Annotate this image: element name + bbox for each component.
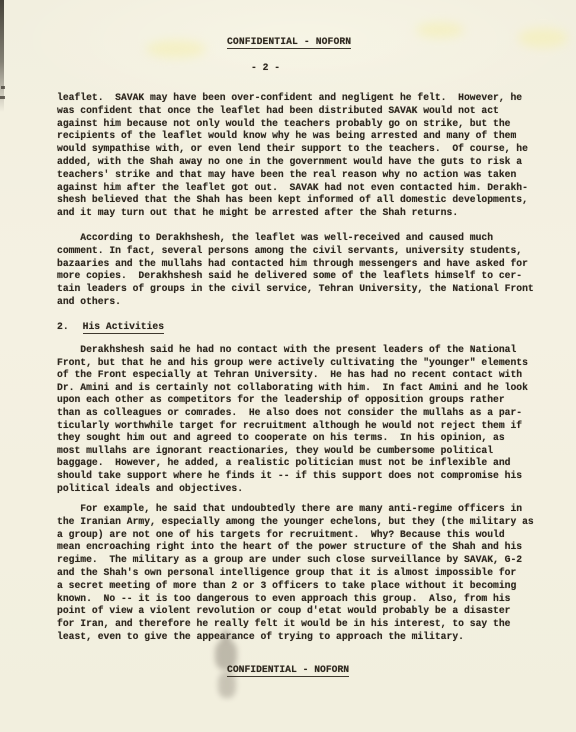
scan-speck	[0, 96, 5, 99]
paragraph-military-officers: For example, he said that undoubtedly th…	[57, 503, 534, 644]
section-heading: 2.His Activities	[57, 321, 164, 332]
scanned-document-page: CONFIDENTIAL - NOFORN - 2 - leaflet. SAV…	[0, 0, 576, 732]
paper-stain	[146, 40, 206, 58]
paragraph-leaflet-savak: leaflet. SAVAK may have been over-confid…	[57, 92, 528, 220]
classification-footer: CONFIDENTIAL - NOFORN	[227, 664, 349, 675]
paragraph-his-activities: Derakhshesh said he had no contact with …	[57, 344, 528, 495]
classification-footer-text: CONFIDENTIAL - NOFORN	[227, 664, 349, 677]
classification-header: CONFIDENTIAL - NOFORN	[227, 36, 351, 47]
paragraph-leaflet-reception: According to Derakhshesh, the leaflet wa…	[57, 232, 534, 309]
scan-speck	[1, 86, 5, 89]
page-number: - 2 -	[251, 62, 280, 73]
paper-stain	[518, 28, 568, 48]
ink-smudge	[221, 630, 231, 642]
section-heading-title: His Activities	[83, 321, 164, 334]
classification-header-text: CONFIDENTIAL - NOFORN	[227, 36, 351, 49]
paper-stain	[416, 22, 464, 38]
section-heading-number: 2.	[57, 321, 69, 332]
